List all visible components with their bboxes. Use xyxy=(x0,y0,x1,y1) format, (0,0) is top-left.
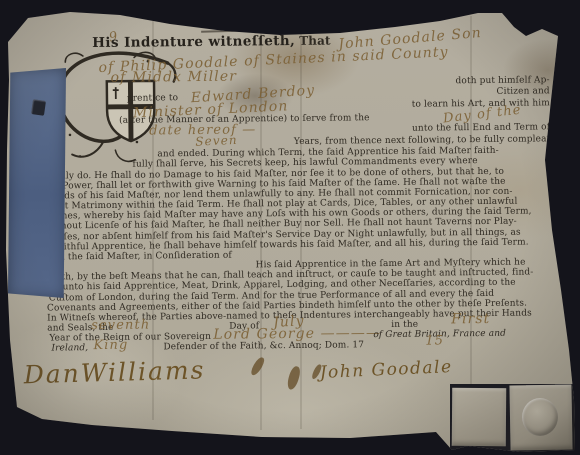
printed-frag-unto: unto the full End and Term of xyxy=(412,122,550,133)
handwritten-county-line: of Middx Miller xyxy=(111,69,238,86)
top-mark: C. xyxy=(241,17,251,27)
handwritten-regnal-year: First xyxy=(451,311,490,327)
duty-ribbon xyxy=(8,68,66,298)
embossed-duty-stamp xyxy=(31,99,46,116)
indenture-photo: C. 9 xyxy=(0,0,580,455)
ink-blot xyxy=(286,365,302,391)
parchment-sheet: C. 9 xyxy=(0,0,580,455)
handwritten-seal-day: seventh xyxy=(91,317,150,333)
closing-in-the: in the xyxy=(391,320,418,330)
handwritten-king: King xyxy=(93,338,128,353)
heading-blackletter: His Indenture witneſſeth, xyxy=(92,33,295,51)
top-rule xyxy=(201,28,291,32)
printed-frag-years: Years, from thence next following, to be… xyxy=(294,134,550,147)
body-line: And the ſaid Maſter, in Conſideration of xyxy=(46,251,231,263)
signature-witness: DanWilliams xyxy=(23,355,205,389)
printed-frag-citizen: Citizen and xyxy=(496,86,549,97)
closing-ireland: Ireland, xyxy=(51,343,88,353)
handwritten-term-years: Seven xyxy=(195,133,238,149)
printed-prentice-to: prentice to xyxy=(127,93,178,104)
heading-that: That xyxy=(295,34,331,48)
heading-line: His Indenture witneſſeth,That xyxy=(92,36,331,50)
document-content: C. 9 xyxy=(0,0,580,455)
signature-apprentice: John Goodale xyxy=(319,357,453,383)
ink-blot xyxy=(249,356,266,377)
handwritten-year-digits: 15 xyxy=(425,333,444,348)
closing-defender: Defender of the Faith, &c. Annoq; Dom. 1… xyxy=(163,340,364,352)
printed-frag-doth: doth put himſelf Ap- xyxy=(455,75,549,86)
